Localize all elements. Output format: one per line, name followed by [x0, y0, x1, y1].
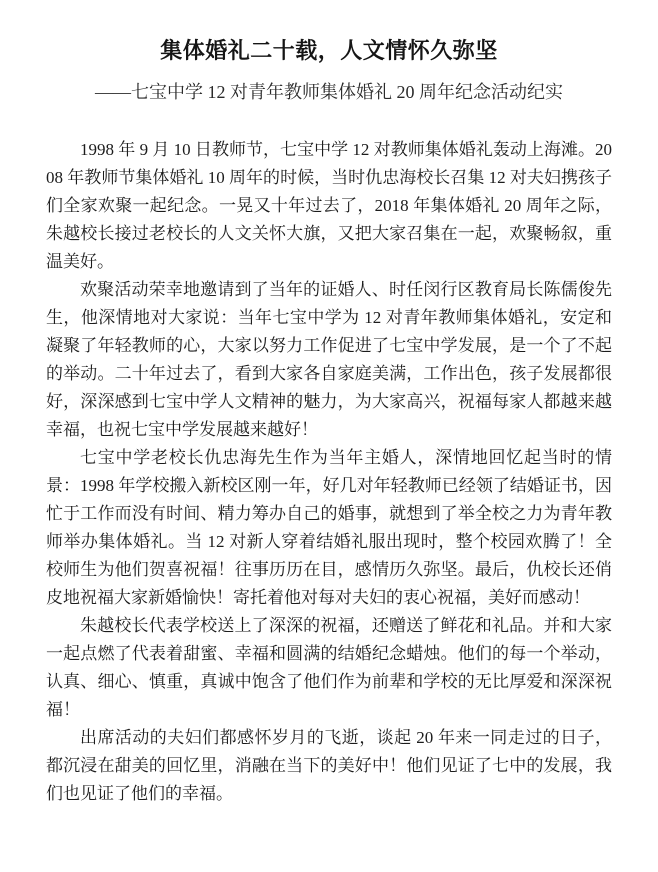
paragraph-5: 出席活动的夫妇们都感怀岁月的飞逝，谈起 20 年来一同走过的日子，都沉浸在甜美的… — [46, 724, 612, 808]
document-title: 集体婚礼二十载，人文情怀久弥坚 — [46, 38, 612, 64]
document-page: 集体婚礼二十载，人文情怀久弥坚 ——七宝中学 12 对青年教师集体婚礼 20 周… — [0, 0, 658, 872]
paragraph-1: 1998 年 9 月 10 日教师节，七宝中学 12 对教师集体婚礼轰动上海滩。… — [46, 136, 612, 276]
document-body: 1998 年 9 月 10 日教师节，七宝中学 12 对教师集体婚礼轰动上海滩。… — [46, 136, 612, 808]
paragraph-4: 朱越校长代表学校送上了深深的祝福，还赠送了鲜花和礼品。并和大家一起点燃了代表着甜… — [46, 612, 612, 724]
document-subtitle: ——七宝中学 12 对青年教师集体婚礼 20 周年纪念活动纪实 — [46, 81, 612, 103]
paragraph-3: 七宝中学老校长仇忠海先生作为当年主婚人，深情地回忆起当时的情景：1998 年学校… — [46, 444, 612, 612]
paragraph-2: 欢聚活动荣幸地邀请到了当年的证婚人、时任闵行区教育局长陈儒俊先生，他深情地对大家… — [46, 276, 612, 444]
